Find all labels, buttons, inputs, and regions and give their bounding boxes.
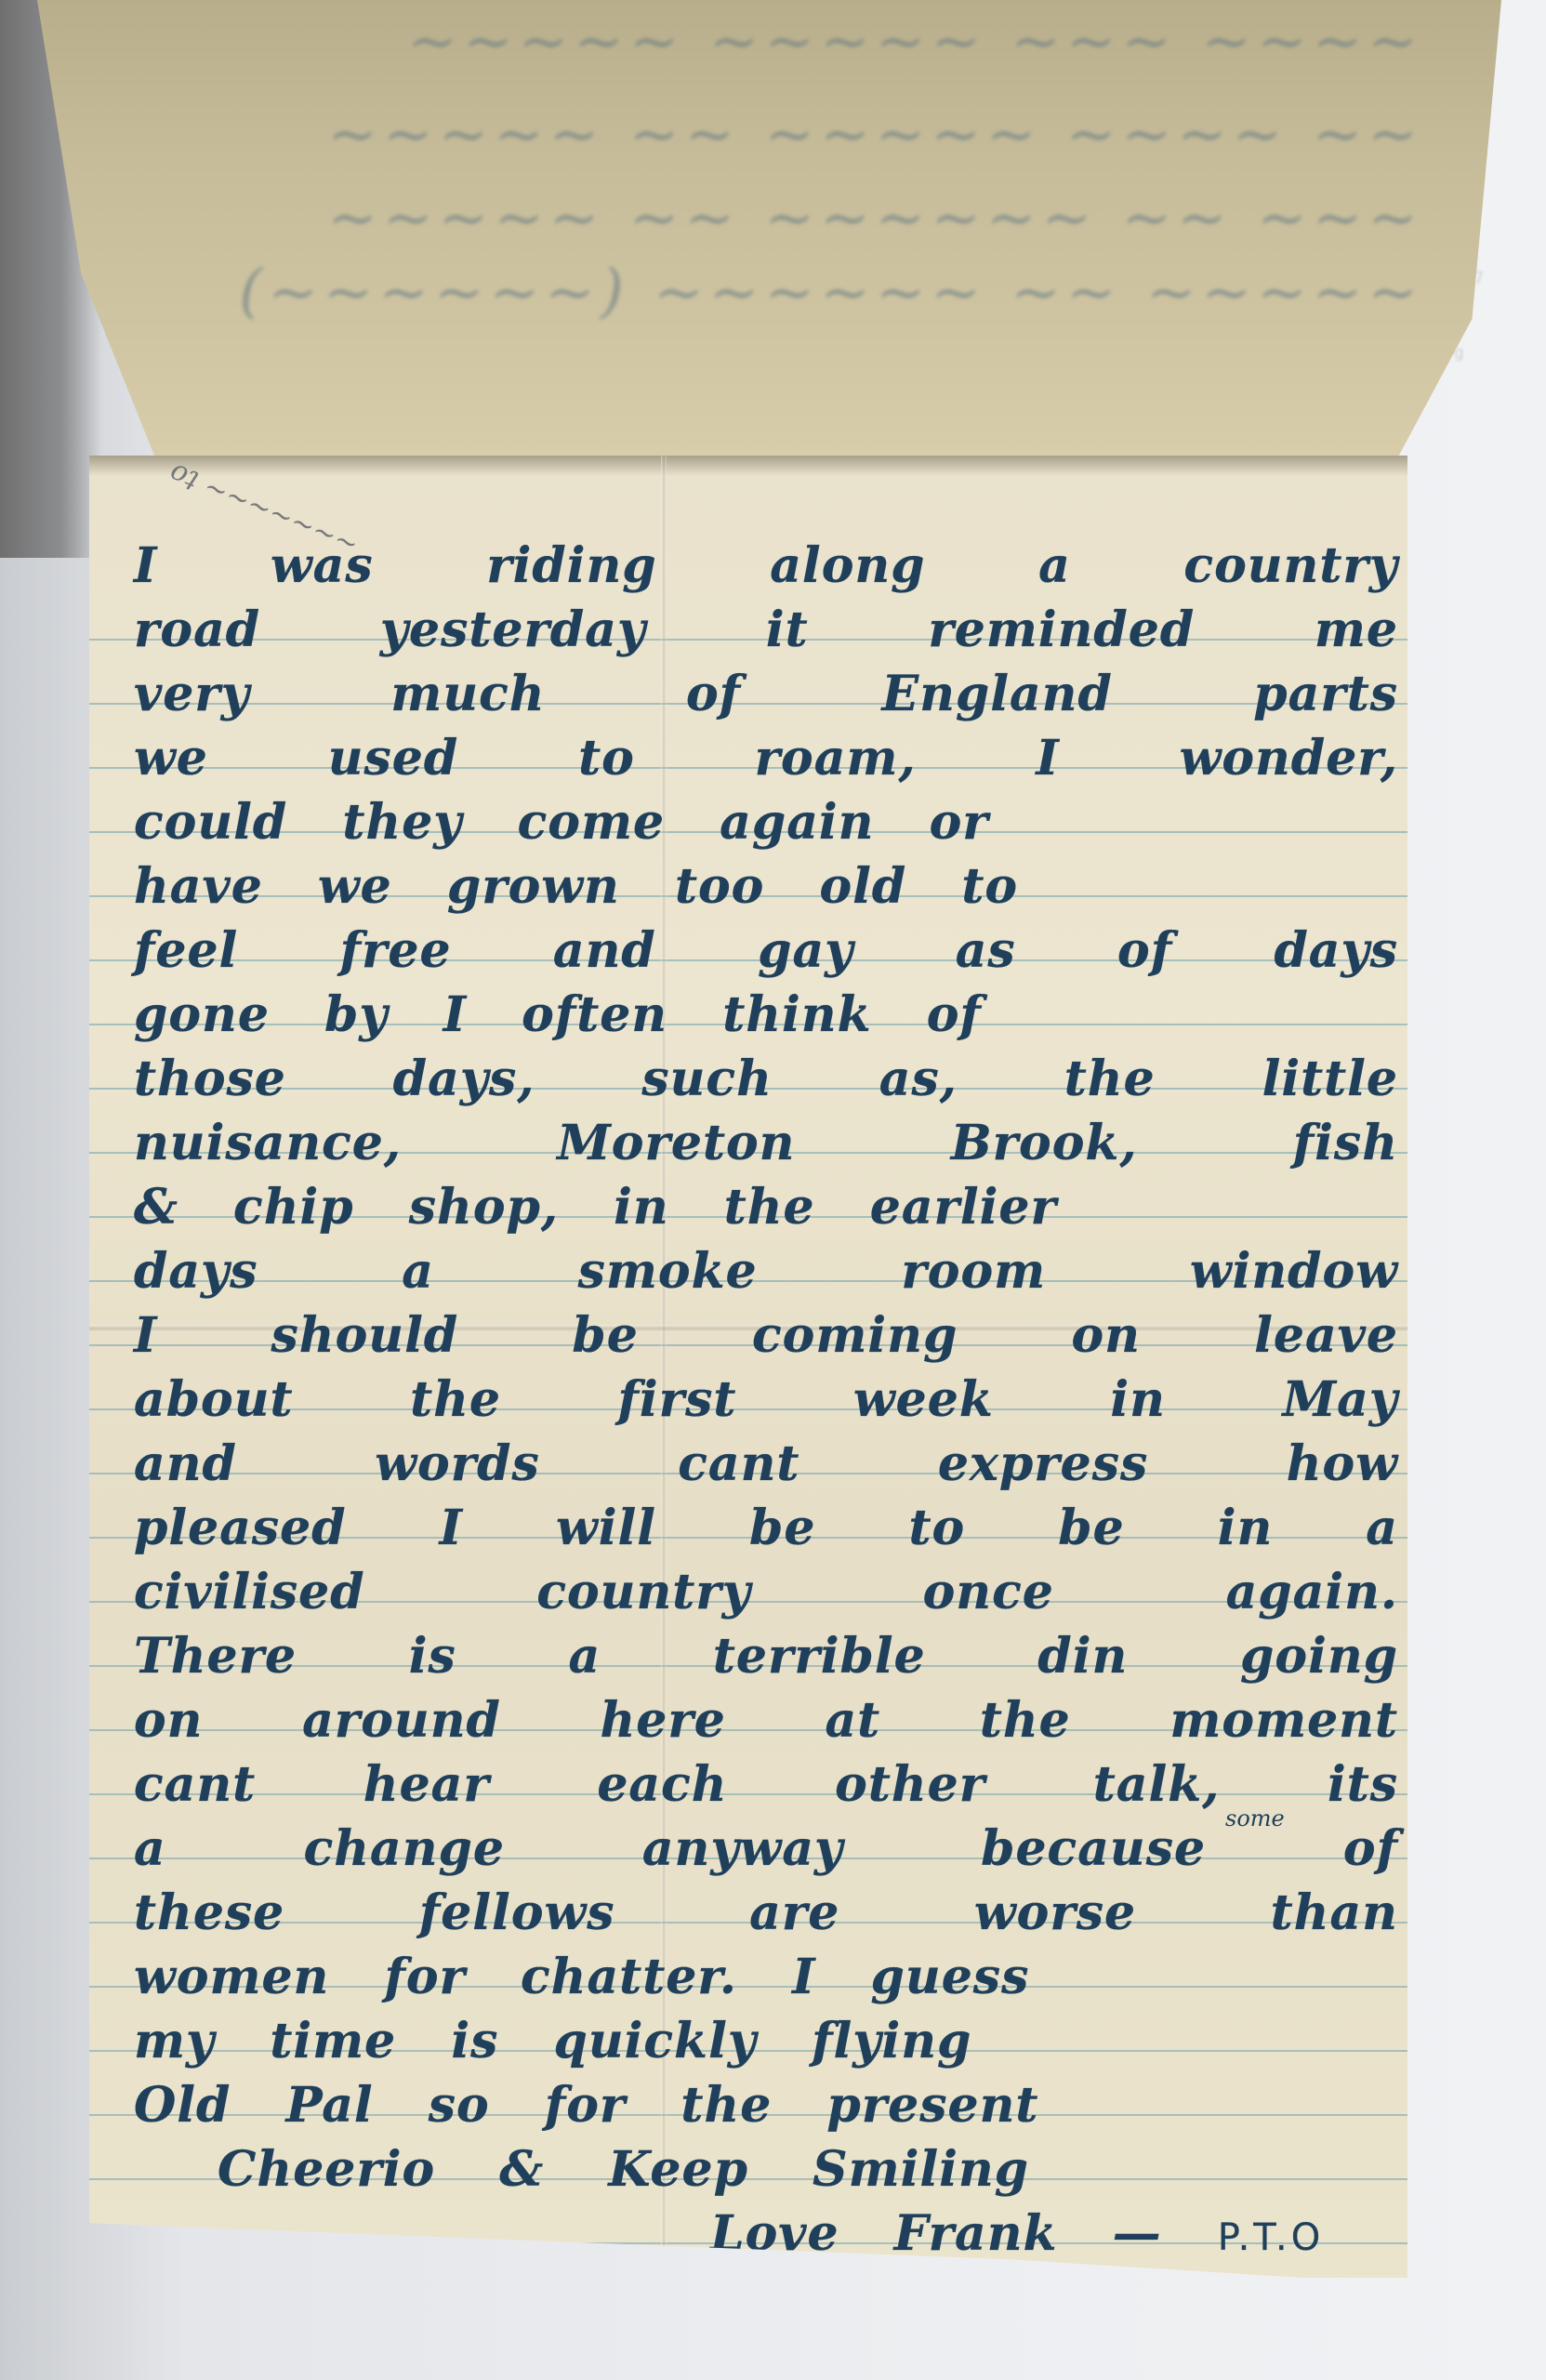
letter-line: cant hear each other talk, its — [134, 1752, 1398, 1817]
letter-line: I should be coming on leave — [134, 1303, 1398, 1368]
letter-line: very much of England parts — [134, 662, 1398, 726]
letter-line: Old Pal so for the present — [134, 2073, 1398, 2137]
bleed-line: ~~~~~ ~~ ~~~~~~ (~~~~~~) — [121, 260, 1418, 329]
letter-line: & chip shop, in the earlier — [134, 1175, 1398, 1239]
bleed-line: ~~~~ ~~~ ~~~~~ ~~~~~ — [121, 9, 1418, 78]
letter-line: could they come again or — [134, 790, 1398, 854]
letter-body: I was riding along a country road yester… — [134, 534, 1398, 2266]
letter-line: those days, such as, the little — [134, 1047, 1398, 1111]
letter-line: my time is quickly flying — [134, 2009, 1398, 2073]
letter-page: ~~~~~~~ to I was riding along a country … — [89, 456, 1407, 2278]
closing-line: Cheerio & Keep Smiling — [134, 2137, 1398, 2201]
letter-line: nuisance, Moreton Brook, fish — [134, 1111, 1398, 1175]
letter-line: on around here at the moment — [134, 1688, 1398, 1752]
bleed-line: ~~ ~~~~ ~~~~~ ~~ ~~~~~ — [121, 102, 1418, 171]
letter-line: days a smoke room window — [134, 1239, 1398, 1303]
folded-back-page: ~~~~ ~~~ ~~~~~ ~~~~~ ~~ ~~~~ ~~~~~ ~~ ~~… — [37, 0, 1501, 456]
letter-line: gone by I often think of — [134, 983, 1398, 1047]
letter-line: we used to roam, I wonder, — [134, 726, 1398, 790]
insertion-some: some — [1225, 1805, 1285, 1831]
letter-line: have we grown too old to — [134, 854, 1398, 919]
bleed-line: ~~~ ~~ ~~~~~~ ~~ ~~~~~ — [121, 186, 1418, 255]
letter-line: a change anyway because of — [134, 1817, 1398, 1881]
letter-line: civilised country once again. — [134, 1560, 1398, 1624]
letter-line: these fellows are worse than — [134, 1881, 1398, 1945]
letter-line: and words cant express how — [134, 1432, 1398, 1496]
letter-line: feel free and gay as of days — [134, 919, 1398, 983]
letter-line: road yesterday it reminded me — [134, 598, 1398, 662]
letter-line: pleased I will be to be in a — [134, 1496, 1398, 1560]
letter-line: I was riding along a country — [134, 534, 1398, 598]
letter-line: women for chatter. I guess — [134, 1945, 1398, 2009]
letter-line: There is a terrible din going — [134, 1624, 1398, 1688]
background-printed-text: A ue o um Fav Ma wrt T 17 1 Pg — [1436, 0, 1546, 2380]
pto-note: P.T.O — [1218, 2216, 1325, 2259]
letter-line: about the first week in May — [134, 1368, 1398, 1432]
